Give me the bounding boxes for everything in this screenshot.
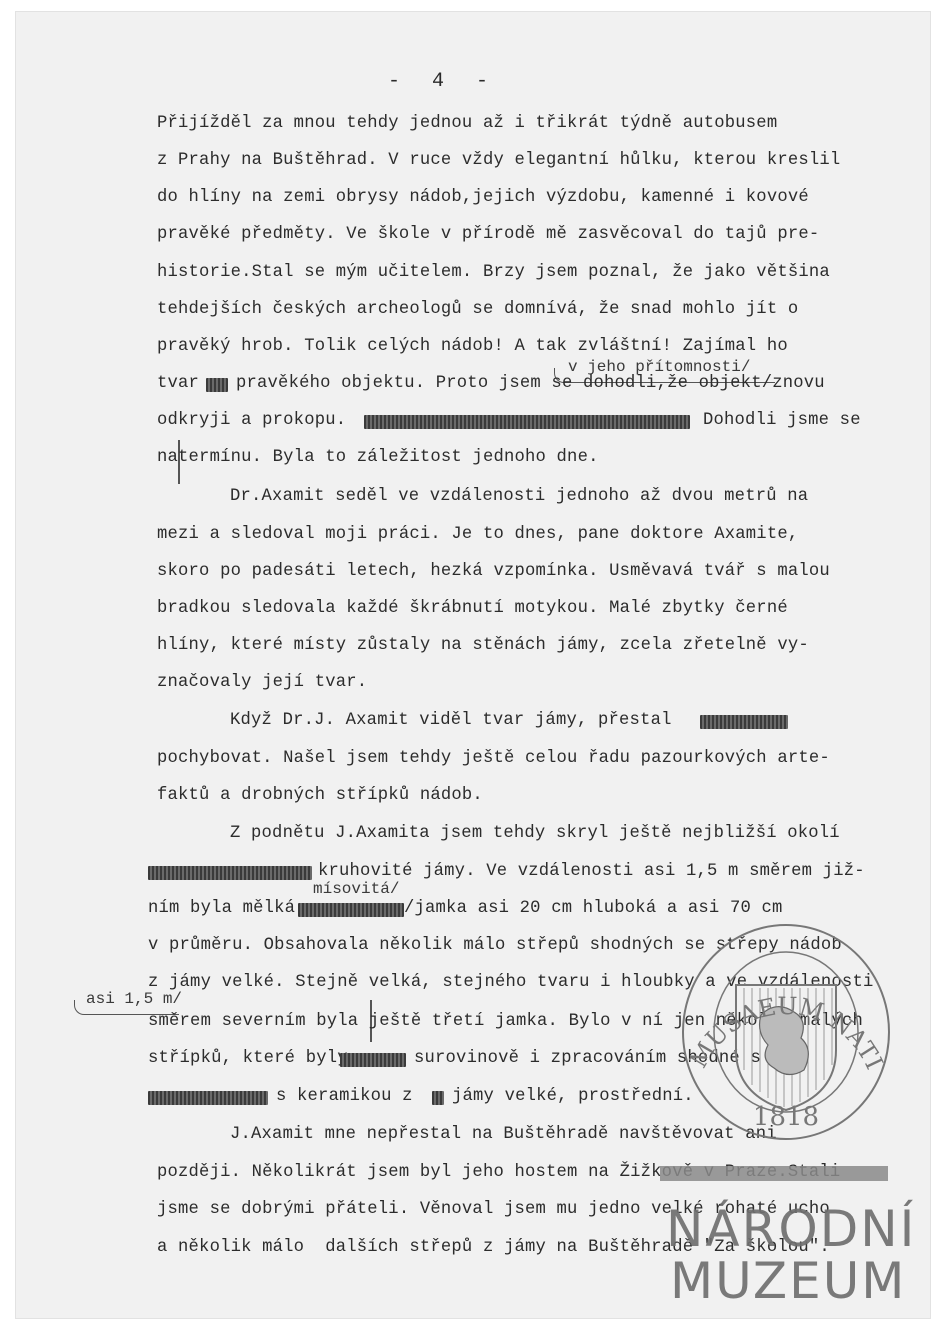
- struck-out-text: [148, 866, 312, 880]
- struck-out-text: [206, 378, 228, 392]
- text-line: mezi a sledoval moji práci. Je to dnes, …: [157, 525, 798, 544]
- page-number: - 4 -: [388, 70, 498, 93]
- svg-text:1818: 1818: [753, 1102, 819, 1132]
- text-line: Dr.Axamit seděl ve vzdálenosti jednoho a…: [230, 487, 808, 506]
- museum-stamp: 1818 MUSAEUM NATIONALE: [676, 920, 896, 1145]
- text-line: pravěkého objektu. Proto jsem se dohodli…: [236, 374, 825, 393]
- text-line: tvar: [157, 374, 199, 393]
- struck-out-text: [432, 1091, 444, 1105]
- text-line: střípků, které byly: [148, 1049, 348, 1068]
- text-line: značovaly její tvar.: [157, 673, 367, 692]
- text-line: Dohodli jsme se: [703, 411, 861, 430]
- redaction-bar: [660, 1166, 888, 1181]
- text-line: pochybovat. Našel jsem tehdy ještě celou…: [157, 749, 830, 768]
- struck-out-text: [298, 903, 404, 917]
- text-line: kruhovité jámy. Ve vzdálenosti asi 1,5 m…: [318, 862, 865, 881]
- text-line: bradkou sledovala každé škrábnutí motyko…: [157, 599, 788, 618]
- text-line: historie.Stal se mým učitelem. Brzy jsem…: [157, 263, 830, 282]
- text-line: do hlíny na zemi obrysy nádob,jejich výz…: [157, 188, 809, 207]
- text-line: jámy velké, prostřední.: [452, 1087, 694, 1106]
- text-line: ním byla mělká: [148, 899, 295, 918]
- struck-out-text: [364, 415, 690, 429]
- watermark-line2: MUZEUM: [670, 1256, 906, 1306]
- text-line: Přijížděl za mnou tehdy jednou až i třik…: [157, 114, 777, 133]
- text-line: pravěký hrob. Tolik celých nádob! A tak …: [157, 337, 788, 356]
- text-line: s keramikou z: [276, 1087, 413, 1106]
- text-line: z Prahy na Buštěhrad. V ruce vždy elegan…: [157, 151, 840, 170]
- text-line: tehdejších českých archeologů se domnívá…: [157, 300, 798, 319]
- struck-out-text: [340, 1053, 406, 1067]
- text-line: /jamka asi 20 cm hluboká a asi 70 cm: [404, 899, 783, 918]
- text-line: faktů a drobných střípků nádob.: [157, 786, 483, 805]
- text-line: natermínu. Byla to záležitost jednoho dn…: [157, 448, 599, 467]
- text-line: skoro po padesáti letech, hezká vzpomínk…: [157, 562, 830, 581]
- text-line: pravěké předměty. Ve škole v přírodě mě …: [157, 225, 819, 244]
- text-line: Když Dr.J. Axamit viděl tvar jámy, přest…: [230, 711, 672, 730]
- text-line: odkryji a prokopu.: [157, 411, 346, 430]
- text-line: Z podnětu J.Axamita jsem tehdy skryl ješ…: [230, 824, 840, 843]
- struck-out-text: [700, 715, 788, 729]
- struck-out-text: [148, 1091, 268, 1105]
- handwritten-insertion: mísovitá/: [313, 880, 399, 898]
- text-line: hlíny, které místy zůstaly na stěnách já…: [157, 636, 809, 655]
- watermark-line1: NÁRODNÍ: [666, 1204, 916, 1254]
